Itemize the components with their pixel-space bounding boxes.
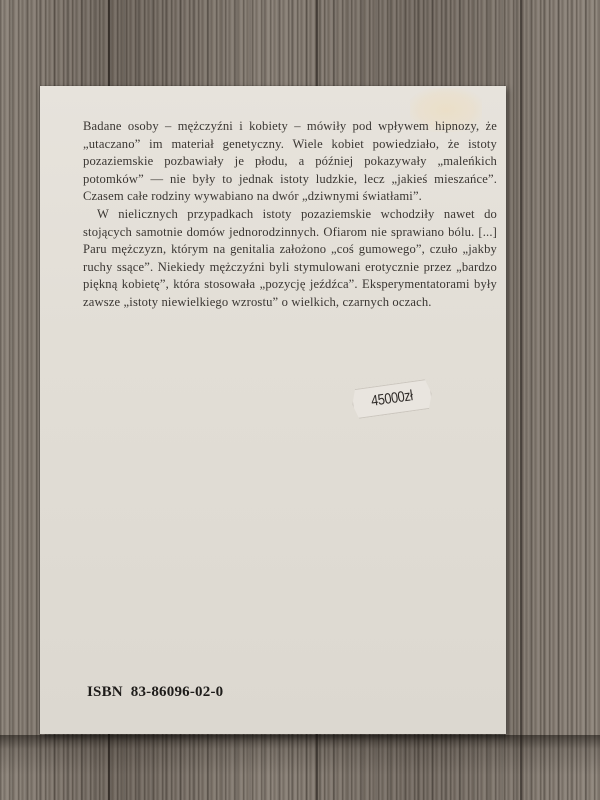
floor-shadow: [0, 735, 600, 800]
floor-plank-seam: [520, 0, 522, 800]
price-tag-text: 45000zł: [357, 385, 427, 411]
blurb-paragraph-2: W nielicznych przypadkach istoty pozazie…: [83, 206, 497, 312]
isbn-number: ISBN 83-86096-02-0: [87, 684, 223, 701]
back-cover-blurb: Badane osoby – mężczyźni i kobiety – mów…: [83, 118, 497, 312]
blurb-paragraph-1: Badane osoby – mężczyźni i kobiety – mów…: [83, 118, 497, 206]
